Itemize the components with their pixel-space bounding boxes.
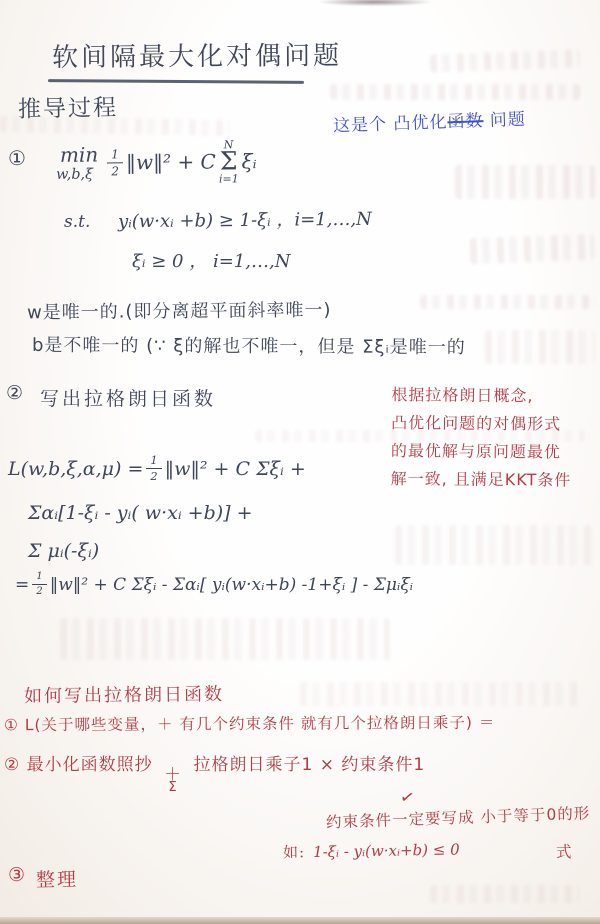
step3-label: 整理 <box>36 865 78 893</box>
howto-item-1: ① L(关于哪些变量，＋ 有几个约束条件 就有几个拉格朗日乘子) ＝ <box>4 711 495 736</box>
blue-margin-note: 这是个 凸优化函数 问题 <box>333 105 527 137</box>
page-title: 软间隔最大化对偶问题 <box>52 35 342 74</box>
notebook-page: 软间隔最大化对偶问题 推导过程 这是个 凸优化函数 问题 ① min w,b,ξ… <box>0 0 600 924</box>
remark-w-unique: w是唯一的.(即分离超平面斜率唯一) <box>27 296 332 325</box>
eq2-rhs: ‖w‖² + C Σξᵢ - Σαᵢ[ yᵢ(w·xᵢ+b) -1+ξᵢ ] -… <box>50 575 413 595</box>
kkt-note-line: 凸优化问题的对偶形式 <box>391 409 600 439</box>
howto-item2-pre: ② 最小化函数照抄 <box>4 755 153 775</box>
constraint-1: yᵢ(w·xᵢ +b) ≥ 1-ξᵢ ，i=1,…,N <box>118 205 372 234</box>
bleed-through-mark <box>455 165 595 199</box>
one-half-fraction: 1 2 <box>32 572 46 597</box>
lagrangian-line-2: Σαᵢ[1-ξᵢ - yᵢ( w·xᵢ +b)] + <box>28 502 253 524</box>
bleed-through-mark <box>485 330 595 364</box>
sum-lower-limit: i=1 <box>219 173 239 184</box>
remark-b-not-unique: b是不唯一的 (∵ ξ的解也不唯一，但是 Σξᵢ是唯一的 <box>32 331 466 359</box>
lagrangian-line-3: Σ μᵢ(-ξᵢ) <box>28 540 99 562</box>
one-half-fraction: 1 2 <box>107 148 123 177</box>
fraction-denominator: 2 <box>111 163 119 177</box>
kkt-margin-note: 根据拉格朗日概念, 凸优化问题的对偶形式 的最优解与原问题最优 解一致, 且满足… <box>391 381 600 495</box>
bleed-through-mark <box>420 295 595 309</box>
bleed-through-mark <box>395 525 595 565</box>
howto-item-2: ② 最小化函数照抄 ＋ Σ 拉格朗日乘子1 × 约束条件1 <box>4 750 425 794</box>
summation-symbol: N Σ i=1 <box>219 139 239 184</box>
kkt-note-line: 解一致, 且满足KKT条件 <box>391 465 600 495</box>
min-operator: min w,b,ξ <box>60 144 99 182</box>
fraction-numerator: 1 <box>32 572 46 585</box>
bleed-through-mark <box>430 885 580 903</box>
howto-title: 如何写出拉格朗日函数 <box>24 680 224 708</box>
bleed-through-mark <box>430 49 581 72</box>
blue-note-struck-word: 函数 <box>447 111 484 132</box>
objective-formula: min w,b,ξ 1 2 ‖w‖² + C N Σ i=1 ξᵢ <box>60 139 257 185</box>
constraint-rule-line-2: 式 <box>556 840 573 862</box>
one-half-fraction: 1 2 <box>146 455 161 483</box>
kkt-note-line: 的最优解与原问题最优 <box>391 437 600 467</box>
bleed-through-mark <box>330 84 580 100</box>
lagrangian-rhs1: ‖w‖² + C Σξᵢ + <box>165 458 306 480</box>
step1-number: ① <box>8 146 26 170</box>
bleed-through-mark <box>300 682 580 706</box>
fraction-numerator: 1 <box>146 455 161 469</box>
bleed-through-mark <box>470 234 596 264</box>
eq2-equals: = <box>15 575 29 595</box>
title-underline <box>48 79 304 83</box>
objective-end: ξᵢ <box>241 149 256 173</box>
objective-mid: ‖w‖² + C <box>126 150 216 175</box>
fraction-numerator: 1 <box>107 148 123 163</box>
sigma-under-plus: Σ <box>168 782 177 793</box>
constraint-example: 如: 1-ξᵢ - yᵢ(w·xᵢ+b) ≤ 0 <box>283 838 460 862</box>
fraction-denominator: 2 <box>36 585 42 597</box>
lagrangian-lhs: L(w,b,ξ,α,μ) = <box>8 458 143 480</box>
subject-to-label: s.t. <box>64 212 90 232</box>
step2-number: ② <box>6 382 23 404</box>
constraint-rule-line-1: 约束条件一定要写成 小于等于0的形 <box>326 801 591 832</box>
min-subscript: w,b,ξ <box>56 167 93 182</box>
example-label: 如: <box>283 841 305 862</box>
step3-number: ③ <box>8 864 25 886</box>
lagrangian-line-1: L(w,b,ξ,α,μ) = 1 2 ‖w‖² + C Σξᵢ + <box>8 455 306 483</box>
constraint-2: ξᵢ ≥ 0 ， i=1,…,N <box>132 247 290 273</box>
fraction-denominator: 2 <box>150 469 157 482</box>
section-subtitle: 推导过程 <box>18 89 119 124</box>
plus-over-sigma: ＋ Σ <box>164 768 182 794</box>
bleed-through-mark <box>60 618 390 660</box>
check-mark: ✓ <box>398 787 416 810</box>
step2-label: 写出拉格朗日函数 <box>40 384 216 411</box>
blue-note-post: 问题 <box>483 110 526 131</box>
example-formula: 1-ξᵢ - yᵢ(w·xᵢ+b) ≤ 0 <box>313 840 460 861</box>
blue-note-pre: 这是个 凸优化 <box>333 112 448 136</box>
sigma-glyph: Σ <box>220 150 238 173</box>
page-bottom-edge <box>0 917 600 924</box>
howto-item2-post: 拉格朗日乘子1 × 约束条件1 <box>193 755 425 775</box>
page-top-smudge <box>320 0 430 6</box>
kkt-note-line: 根据拉格朗日概念, <box>391 381 600 411</box>
lagrangian-line-4: = 1 2 ‖w‖² + C Σξᵢ - Σαᵢ[ yᵢ(w·xᵢ+b) -1+… <box>15 572 413 597</box>
min-word: min <box>60 144 98 164</box>
